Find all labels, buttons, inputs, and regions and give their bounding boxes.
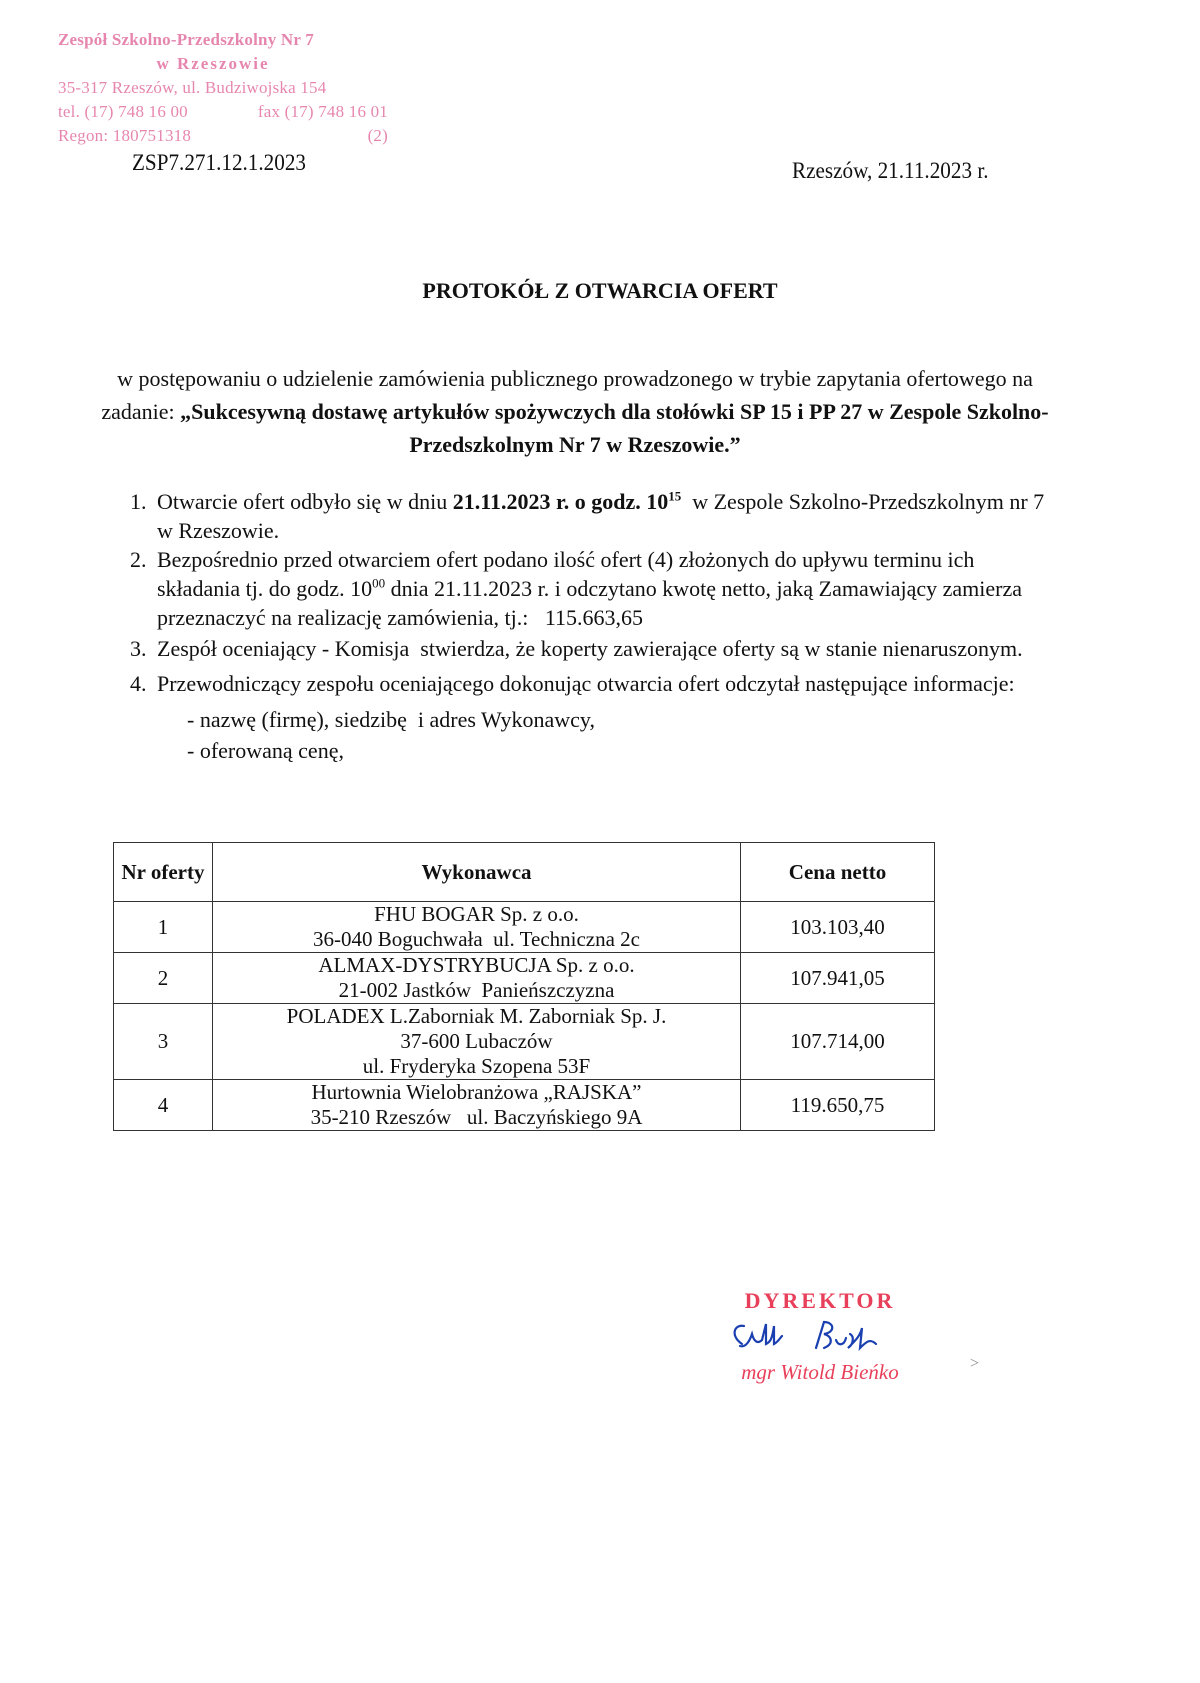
offer-number: 2 (114, 953, 213, 1004)
task-name: „Sukcesywną dostawę artykułów spożywczyc… (180, 399, 1048, 457)
point-2: 2. Bezpośrednio przed otwarciem ofert po… (130, 545, 1060, 632)
contractor-line: FHU BOGAR Sp. z o.o. (217, 902, 736, 927)
signature-block: DYREKTOR mgr Witold Bieńko (720, 1288, 920, 1385)
header-offer-number: Nr oferty (114, 843, 213, 902)
margin-mark: > (970, 1355, 979, 1373)
offer-number: 3 (114, 1004, 213, 1080)
contractor: POLADEX L.Zaborniak M. Zaborniak Sp. J.3… (213, 1004, 741, 1080)
contractor-line: 37-600 Lubaczów (217, 1029, 736, 1054)
point-4: 4. Przewodniczący zespołu oceniającego d… (130, 667, 1060, 766)
handwritten-signature (720, 1314, 920, 1360)
stamp-tel: tel. (17) 748 16 00 (58, 100, 188, 124)
net-price: 107.714,00 (741, 1004, 935, 1080)
subitem: - nazwę (firmę), siedzibę i adres Wykona… (187, 704, 1060, 735)
offer-number: 1 (114, 902, 213, 953)
contractor-line: POLADEX L.Zaborniak M. Zaborniak Sp. J. (217, 1004, 736, 1029)
stamp-regon: Regon: 180751318 (58, 124, 191, 148)
stamp-city: w Rzeszowie (38, 52, 388, 76)
school-stamp: Zespół Szkolno-Przedszkolny Nr 7 w Rzesz… (58, 28, 388, 148)
stamp-school-name: Zespół Szkolno-Przedszkolny Nr 7 (58, 28, 388, 52)
contractor: FHU BOGAR Sp. z o.o.36-040 Boguchwała ul… (213, 902, 741, 953)
net-price: 119.650,75 (741, 1080, 935, 1131)
table-row: 3POLADEX L.Zaborniak M. Zaborniak Sp. J.… (114, 1004, 935, 1080)
offer-number: 4 (114, 1080, 213, 1131)
stamp-code: (2) (368, 124, 388, 148)
header-contractor: Wykonawca (213, 843, 741, 902)
document-reference: ZSP7.271.12.1.2023 (132, 150, 306, 176)
contractor: ALMAX-DYSTRYBUCJA Sp. z o.o.21-002 Jastk… (213, 953, 741, 1004)
place-date: Rzeszów, 21.11.2023 r. (792, 158, 988, 184)
table-header-row: Nr oferty Wykonawca Cena netto (114, 843, 935, 902)
stamp-fax: fax (17) 748 16 01 (258, 100, 388, 124)
table-row: 2ALMAX-DYSTRYBUCJA Sp. z o.o.21-002 Jast… (114, 953, 935, 1004)
point-3: 3. Zespół oceniający - Komisja stwierdza… (130, 632, 1060, 665)
contractor-line: Hurtownia Wielobranżowa „RAJSKA” (217, 1080, 736, 1105)
signature-role: DYREKTOR (720, 1288, 920, 1314)
table-row: 1FHU BOGAR Sp. z o.o.36-040 Boguchwała u… (114, 902, 935, 953)
contractor-line: 21-002 Jastków Panieńszczyzna (217, 978, 736, 1003)
document-title: PROTOKÓŁ Z OTWARCIA OFERT (0, 278, 1200, 304)
offers-table: Nr oferty Wykonawca Cena netto 1FHU BOGA… (113, 842, 935, 1131)
table-row: 4Hurtownia Wielobranżowa „RAJSKA”35-210 … (114, 1080, 935, 1131)
contractor-line: 35-210 Rzeszów ul. Baczyńskiego 9A (217, 1105, 736, 1130)
stamp-regon-row: Regon: 180751318 (2) (58, 124, 388, 148)
net-price: 103.103,40 (741, 902, 935, 953)
protocol-points: 1. Otwarcie ofert odbyło się w dniu 21.1… (130, 487, 1060, 766)
stamp-phone-row: tel. (17) 748 16 00 fax (17) 748 16 01 (58, 100, 388, 124)
intro-paragraph: w postępowaniu o udzielenie zamówienia p… (100, 362, 1050, 461)
header-net-price: Cena netto (741, 843, 935, 902)
contractor-line: ALMAX-DYSTRYBUCJA Sp. z o.o. (217, 953, 736, 978)
contractor-line: 36-040 Boguchwała ul. Techniczna 2c (217, 927, 736, 952)
net-price: 107.941,05 (741, 953, 935, 1004)
subitem: - oferowaną cenę, (187, 735, 1060, 766)
contractor-line: ul. Fryderyka Szopena 53F (217, 1054, 736, 1079)
stamp-address: 35-317 Rzeszów, ul. Budziwojska 154 (58, 76, 388, 100)
point-1: 1. Otwarcie ofert odbyło się w dniu 21.1… (130, 487, 1060, 545)
contractor: Hurtownia Wielobranżowa „RAJSKA”35-210 R… (213, 1080, 741, 1131)
point-4-subitems: - nazwę (firmę), siedzibę i adres Wykona… (157, 704, 1060, 766)
signatory-name: mgr Witold Bieńko (720, 1360, 920, 1385)
